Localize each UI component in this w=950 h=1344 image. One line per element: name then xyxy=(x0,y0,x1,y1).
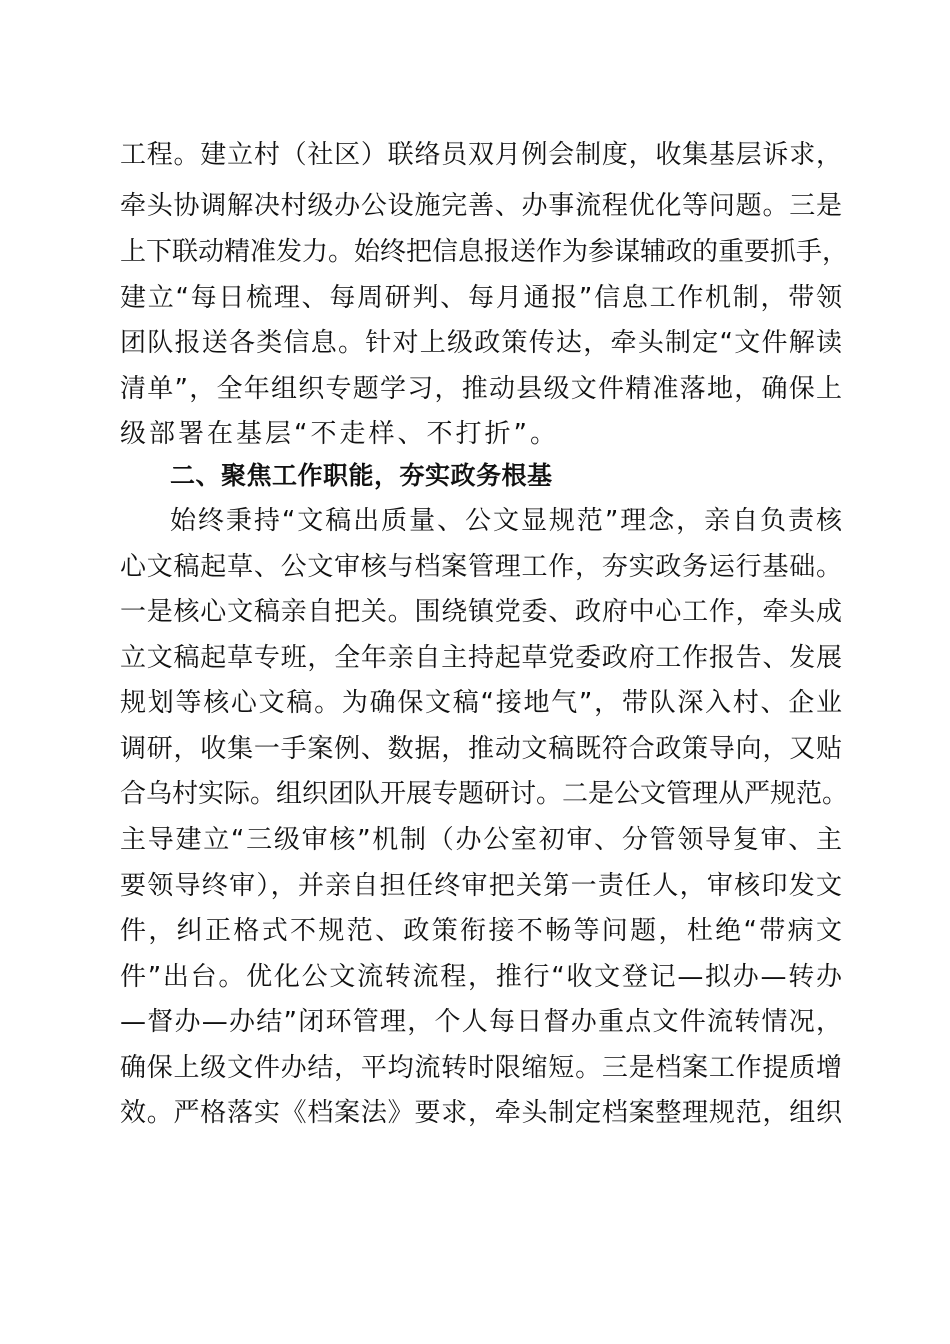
body-line: 立文稿起草专班，全年亲自主持起草党委政府工作报告、发展 xyxy=(120,635,842,681)
body-line: 调研，收集一手案例、数据，推动文稿既符合政策导向，又贴 xyxy=(120,726,842,772)
body-line: 牵头协调解决村级办公设施完善、办事流程优化等问题。三是 xyxy=(120,183,842,229)
body-line: 级部署在基层“不走样、不打折”。 xyxy=(120,411,842,457)
body-line: 件，纠正格式不规范、政策衔接不畅等问题，杜绝“带病文 xyxy=(120,908,842,954)
body-line: 要领导终审），并亲自担任终审把关第一责任人，审核印发文 xyxy=(120,863,842,909)
body-line: 团队报送各类信息。针对上级政策传达，牵头制定“文件解读 xyxy=(120,320,842,366)
body-line: 规划等核心文稿。为确保文稿“接地气”，带队深入村、企业 xyxy=(120,680,842,726)
body-line: 建立“每日梳理、每周研判、每月通报”信息工作机制，带领 xyxy=(120,275,842,321)
body-line: 上下联动精准发力。始终把信息报送作为参谋辅政的重要抓手， xyxy=(120,229,842,275)
body-line: 始终秉持“文稿出质量、公文显规范”理念，亲自负责核 xyxy=(170,498,842,544)
body-line: 工程。建立村（社区）联络员双月例会制度，收集基层诉求， xyxy=(120,132,842,178)
body-line: 一是核心文稿亲自把关。围绕镇党委、政府中心工作，牵头成 xyxy=(120,589,842,635)
body-line: 效。严格落实《档案法》要求，牵头制定档案整理规范，组织 xyxy=(120,1090,842,1136)
body-line: —督办—办结”闭环管理，个人每日督办重点文件流转情况， xyxy=(120,999,842,1045)
section-heading: 二、聚焦工作职能，夯实政务根基 xyxy=(170,453,553,499)
document-page: 工程。建立村（社区）联络员双月例会制度，收集基层诉求， 牵头协调解决村级办公设施… xyxy=(0,0,950,1344)
body-line: 主导建立“三级审核”机制（办公室初审、分管领导复审、主 xyxy=(120,817,842,863)
body-line: 件”出台。优化公文流转流程，推行“收文登记—拟办—转办 xyxy=(120,954,842,1000)
body-line: 清单”，全年组织专题学习，推动县级文件精准落地，确保上 xyxy=(120,366,842,412)
body-line: 心文稿起草、公文审核与档案管理工作，夯实政务运行基础。 xyxy=(120,544,842,590)
body-line: 确保上级文件办结，平均流转时限缩短。三是档案工作提质增 xyxy=(120,1045,842,1091)
body-line: 合乌村实际。组织团队开展专题研讨。二是公文管理从严规范。 xyxy=(120,771,842,817)
